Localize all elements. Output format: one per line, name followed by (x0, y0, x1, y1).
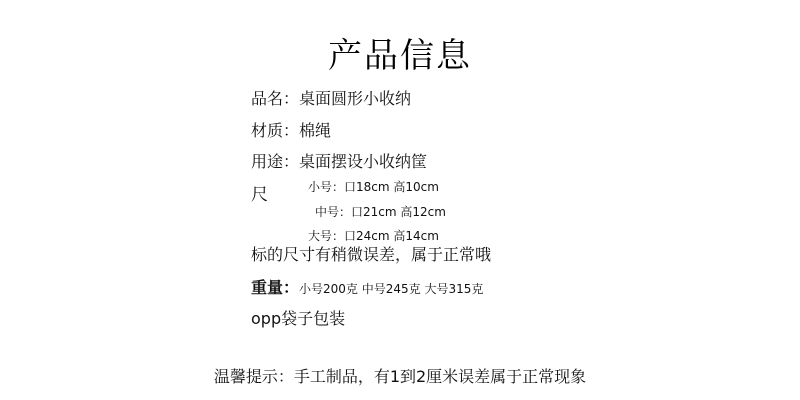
tip-text: 温馨提示：手工制品，有1到2厘米误差属于正常现象 (0, 364, 800, 387)
weight-label: 重量： (251, 278, 299, 297)
usage-value: 桌面摆设小收纳筐 (299, 152, 427, 171)
size-small: 小号：口18cm 高10cm (308, 178, 439, 195)
packaging: opp袋子包装 (251, 306, 345, 329)
product-name-label: 品名： (251, 89, 299, 108)
page-title: 产品信息 (0, 28, 800, 77)
usage-row: 用途：桌面摆设小收纳筐 (251, 149, 427, 172)
usage-label: 用途： (251, 152, 299, 171)
material-row: 材质：棉绳 (251, 118, 331, 141)
weight-value: 小号200克 中号245克 大号315克 (299, 282, 483, 296)
size-note: 标的尺寸有稍微误差，属于正常哦 (251, 242, 491, 265)
size-label: 尺 (251, 180, 268, 205)
material-value: 棉绳 (299, 121, 331, 140)
product-name-row: 品名：桌面圆形小收纳 (251, 86, 411, 109)
product-name-value: 桌面圆形小收纳 (299, 89, 411, 108)
weight-row: 重量：小号200克 中号245克 大号315克 (251, 275, 483, 298)
material-label: 材质： (251, 121, 299, 140)
size-medium: 中号：口21cm 高12cm (315, 203, 446, 220)
